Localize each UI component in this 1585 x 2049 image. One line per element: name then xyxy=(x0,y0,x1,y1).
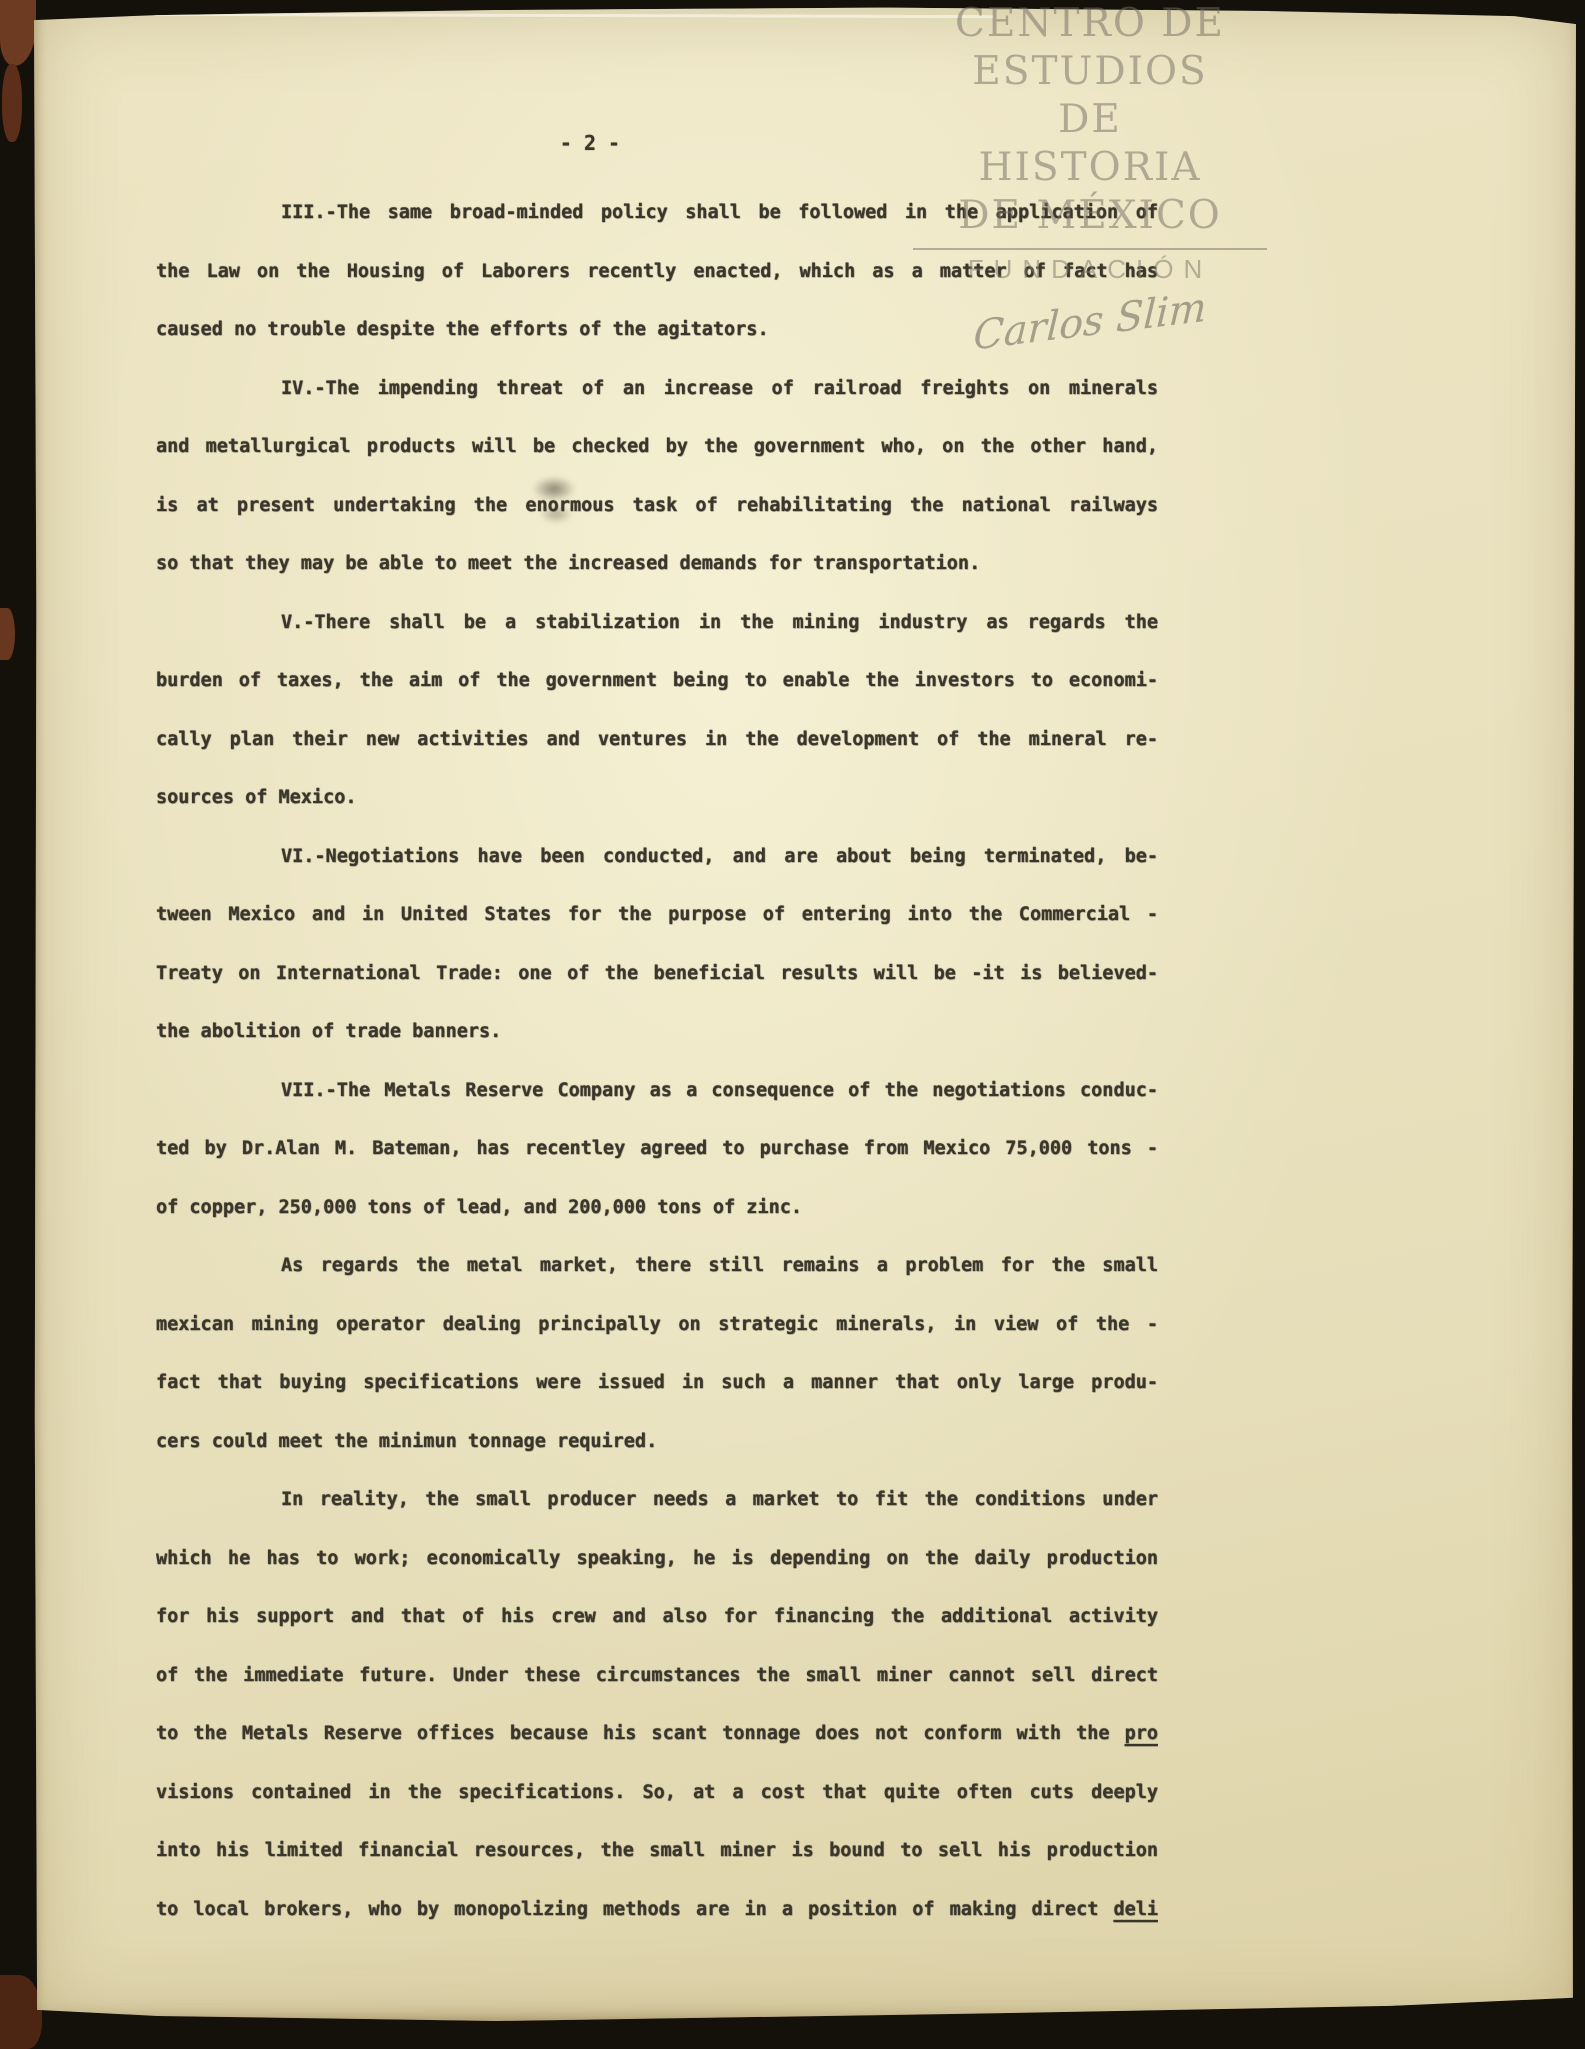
paper-edge-highlight xyxy=(154,13,994,18)
text-line: for his support and that of his crew and… xyxy=(156,1588,1158,1647)
text-line: VII.-The Metals Reserve Company as a con… xyxy=(156,1062,1158,1121)
text-line: and metallurgical products will be check… xyxy=(156,418,1158,477)
text-line: of the immediate future. Under these cir… xyxy=(156,1647,1158,1706)
text-line: to the Metals Reserve offices because hi… xyxy=(156,1705,1158,1764)
text-line: Treaty on International Trade: one of th… xyxy=(156,945,1158,1004)
underlined-text: pro xyxy=(1125,1723,1158,1744)
text-line: to local brokers, who by monopolizing me… xyxy=(156,1881,1158,1940)
text-line: the Law on the Housing of Laborers recen… xyxy=(156,243,1158,302)
text-line: In reality, the small producer needs a m… xyxy=(156,1471,1158,1530)
text-line: cally plan their new activities and vent… xyxy=(156,711,1158,770)
torn-paper-fragment xyxy=(2,64,22,142)
text-line: visions contained in the specifications.… xyxy=(156,1764,1158,1823)
text-line: V.-There shall be a stabilization in the… xyxy=(156,594,1158,653)
ink-smudge xyxy=(539,504,573,524)
text-line: cers could meet the minimun tonnage requ… xyxy=(156,1413,1158,1472)
torn-paper-fragment xyxy=(0,0,36,66)
text-line: into his limited financial resources, th… xyxy=(156,1822,1158,1881)
text-line: sources of Mexico. xyxy=(156,769,1158,828)
text-line: III.-The same broad-minded policy shall … xyxy=(156,184,1158,243)
torn-paper-fragment xyxy=(0,1975,42,2049)
paragraph-1: III.-The same broad-minded policy shall … xyxy=(156,184,1158,360)
torn-paper-fragment xyxy=(0,608,15,660)
text-line: VI.-Negotiations have been conducted, an… xyxy=(156,828,1158,887)
text-line: mexican mining operator dealing principa… xyxy=(156,1296,1158,1355)
paragraph-5: VII.-The Metals Reserve Company as a con… xyxy=(156,1062,1158,1238)
text-line: so that they may be able to meet the inc… xyxy=(156,535,1158,594)
ink-smudge xyxy=(532,476,576,502)
document-page: - 2 - III.-The same broad-minded policy … xyxy=(34,6,1576,2022)
paragraph-4: VI.-Negotiations have been conducted, an… xyxy=(156,828,1158,1062)
text-line: tween Mexico and in United States for th… xyxy=(156,886,1158,945)
text-line: caused no trouble despite the efforts of… xyxy=(156,301,1158,360)
typewritten-text: III.-The same broad-minded policy shall … xyxy=(156,184,1158,1939)
text-line: is at present undertaking the enormous t… xyxy=(156,477,1158,536)
paragraph-2: IV.-The impending threat of an increase … xyxy=(156,360,1158,594)
scanned-document: - 2 - III.-The same broad-minded policy … xyxy=(0,0,1585,2049)
underlined-text: deli xyxy=(1113,1899,1158,1920)
text-line: ted by Dr.Alan M. Bateman, has recentley… xyxy=(156,1120,1158,1179)
paragraph-6: As regards the metal market, there still… xyxy=(156,1237,1158,1471)
text-line: which he has to work; economically speak… xyxy=(156,1530,1158,1589)
paragraph-7: In reality, the small producer needs a m… xyxy=(156,1471,1158,1939)
text-line: burden of taxes, the aim of the governme… xyxy=(156,652,1158,711)
text-line: the abolition of trade banners. xyxy=(156,1003,1158,1062)
paragraph-3: V.-There shall be a stabilization in the… xyxy=(156,594,1158,828)
text-line: fact that buying specifications were iss… xyxy=(156,1354,1158,1413)
page-number: - 2 - xyxy=(156,114,1156,172)
text-line: IV.-The impending threat of an increase … xyxy=(156,360,1158,419)
text-line: of copper, 250,000 tons of lead, and 200… xyxy=(156,1179,1158,1238)
text-line: As regards the metal market, there still… xyxy=(156,1237,1158,1296)
